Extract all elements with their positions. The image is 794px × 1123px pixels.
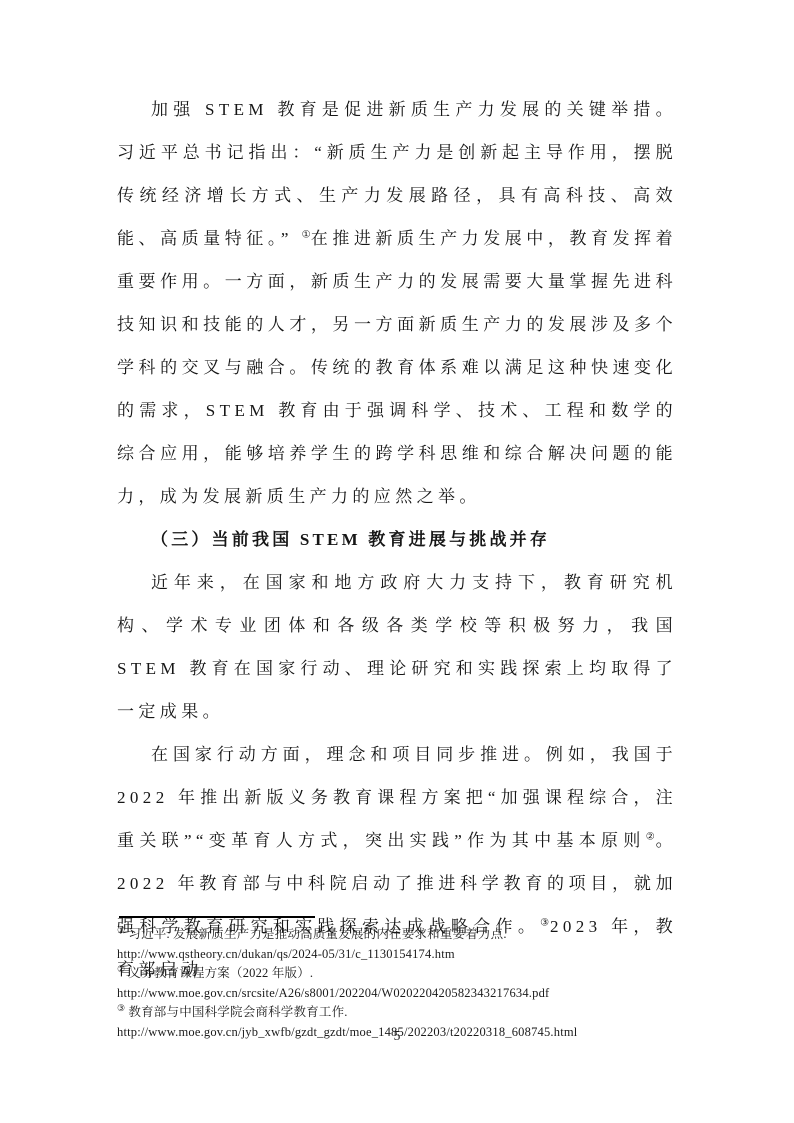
document-page: 加强 STEM 教育是促进新质生产力发展的关键举措。习近平总书记指出：“新质生产… <box>0 0 794 1123</box>
footnote-separator <box>119 916 315 918</box>
footnote-2: ② 义务教育课程方案（2022 年版）. http://www.moe.gov.… <box>117 964 677 1003</box>
footnote-2-url: http://www.moe.gov.cn/srcsite/A26/s8001/… <box>117 984 677 1004</box>
paragraph-1-text-after-ref: 在推进新质生产力发展中，教育发挥着重要作用。一方面，新质生产力的发展需要大量掌握… <box>117 229 677 506</box>
footnote-ref-1-marker: ① <box>302 229 311 240</box>
footnotes-section: ① 习近平. 发展新质生产力是推动高质量发展的内在要求和重要着力点. http:… <box>117 916 677 1042</box>
footnote-ref-2-marker: ② <box>646 831 656 842</box>
footnote-2-text: 义务教育课程方案（2022 年版）. <box>128 966 313 980</box>
footnote-1-marker: ① <box>117 925 125 935</box>
paragraph-1: 加强 STEM 教育是促进新质生产力发展的关键举措。习近平总书记指出：“新质生产… <box>117 88 677 518</box>
footnote-1: ① 习近平. 发展新质生产力是推动高质量发展的内在要求和重要着力点. http:… <box>117 925 677 964</box>
section-heading: （三）当前我国 STEM 教育进展与挑战并存 <box>117 518 677 561</box>
paragraph-2: 近年来，在国家和地方政府大力支持下，教育研究机构、学术专业团体和各级各类学校等积… <box>117 561 677 733</box>
footnote-3-marker: ③ <box>117 1003 125 1013</box>
footnote-2-marker: ② <box>117 964 125 974</box>
paragraph-3-part-1: 在国家行动方面，理念和项目同步推进。例如，我国于 2022 年推出新版义务教育课… <box>117 745 677 850</box>
footnote-3-text: 教育部与中国科学院会商科学教育工作. <box>128 1005 347 1019</box>
paragraph-1-text-before-ref: 加强 STEM 教育是促进新质生产力发展的关键举措。习近平总书记指出：“新质生产… <box>117 100 677 248</box>
page-number: 5 <box>0 1028 794 1044</box>
footnote-1-text: 习近平. 发展新质生产力是推动高质量发展的内在要求和重要着力点. <box>128 927 506 941</box>
footnote-1-url: http://www.qstheory.cn/dukan/qs/2024-05/… <box>117 945 677 965</box>
body-text: 加强 STEM 教育是促进新质生产力发展的关键举措。习近平总书记指出：“新质生产… <box>117 88 677 991</box>
